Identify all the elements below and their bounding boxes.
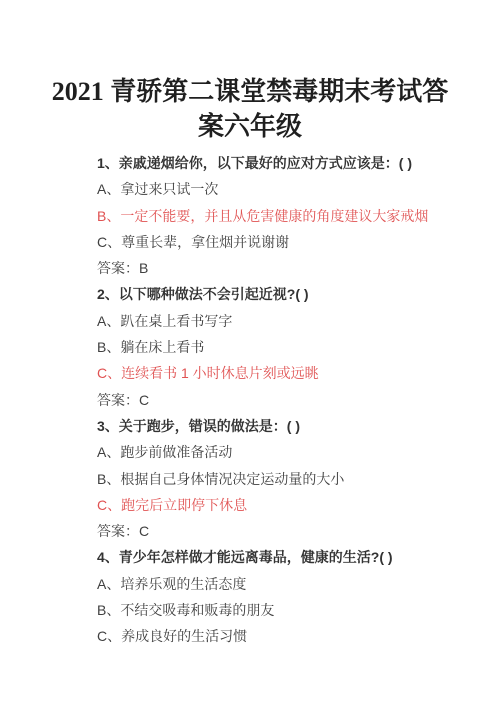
question-2-answer: 答案：C <box>97 387 442 413</box>
question-2-text: 2、以下哪种做法不会引起近视?( ) <box>97 281 442 307</box>
question-4-option-c: C、养成良好的生活习惯 <box>97 623 442 649</box>
page-title-line-2: 案六年级 <box>30 109 470 144</box>
question-3-option-b: B、根据自己身体情况决定运动量的大小 <box>97 466 442 492</box>
question-1-text: 1、亲戚递烟给你，以下最好的应对方式应该是：( ) <box>97 150 442 176</box>
question-3-text: 3、关于跑步，错误的做法是：( ) <box>97 413 442 439</box>
question-2-option-b: B、躺在床上看书 <box>97 334 442 360</box>
question-4-option-b: B、不结交吸毒和贩毒的朋友 <box>97 597 442 623</box>
questions-list: 1、亲戚递烟给你，以下最好的应对方式应该是：( ) A、拿过来只试一次 B、一定… <box>97 150 442 650</box>
question-4-text: 4、青少年怎样做才能远离毒品，健康的生活?( ) <box>97 544 442 570</box>
question-3-option-c: C、跑完后立即停下休息 <box>97 492 442 518</box>
question-2-option-a: A、趴在桌上看书写字 <box>97 308 442 334</box>
question-1-answer: 答案：B <box>97 255 442 281</box>
page-title-line-1: 2021 青骄第二课堂禁毒期末考试答 <box>30 74 470 109</box>
question-3-answer: 答案：C <box>97 518 442 544</box>
question-1-option-c: C、尊重长辈，拿住烟并说谢谢 <box>97 229 442 255</box>
question-1-option-b: B、一定不能要，并且从危害健康的角度建议大家戒烟 <box>97 203 442 229</box>
question-3-option-a: A、跑步前做准备活动 <box>97 439 442 465</box>
document-page: 2021 青骄第二课堂禁毒期末考试答 案六年级 1、亲戚递烟给你，以下最好的应对… <box>0 0 500 708</box>
question-2-option-c: C、连续看书 1 小时休息片刻或远眺 <box>97 360 442 386</box>
question-4-option-a: A、培养乐观的生活态度 <box>97 571 442 597</box>
question-1-option-a: A、拿过来只试一次 <box>97 176 442 202</box>
page-title: 2021 青骄第二课堂禁毒期末考试答 案六年级 <box>30 74 470 144</box>
